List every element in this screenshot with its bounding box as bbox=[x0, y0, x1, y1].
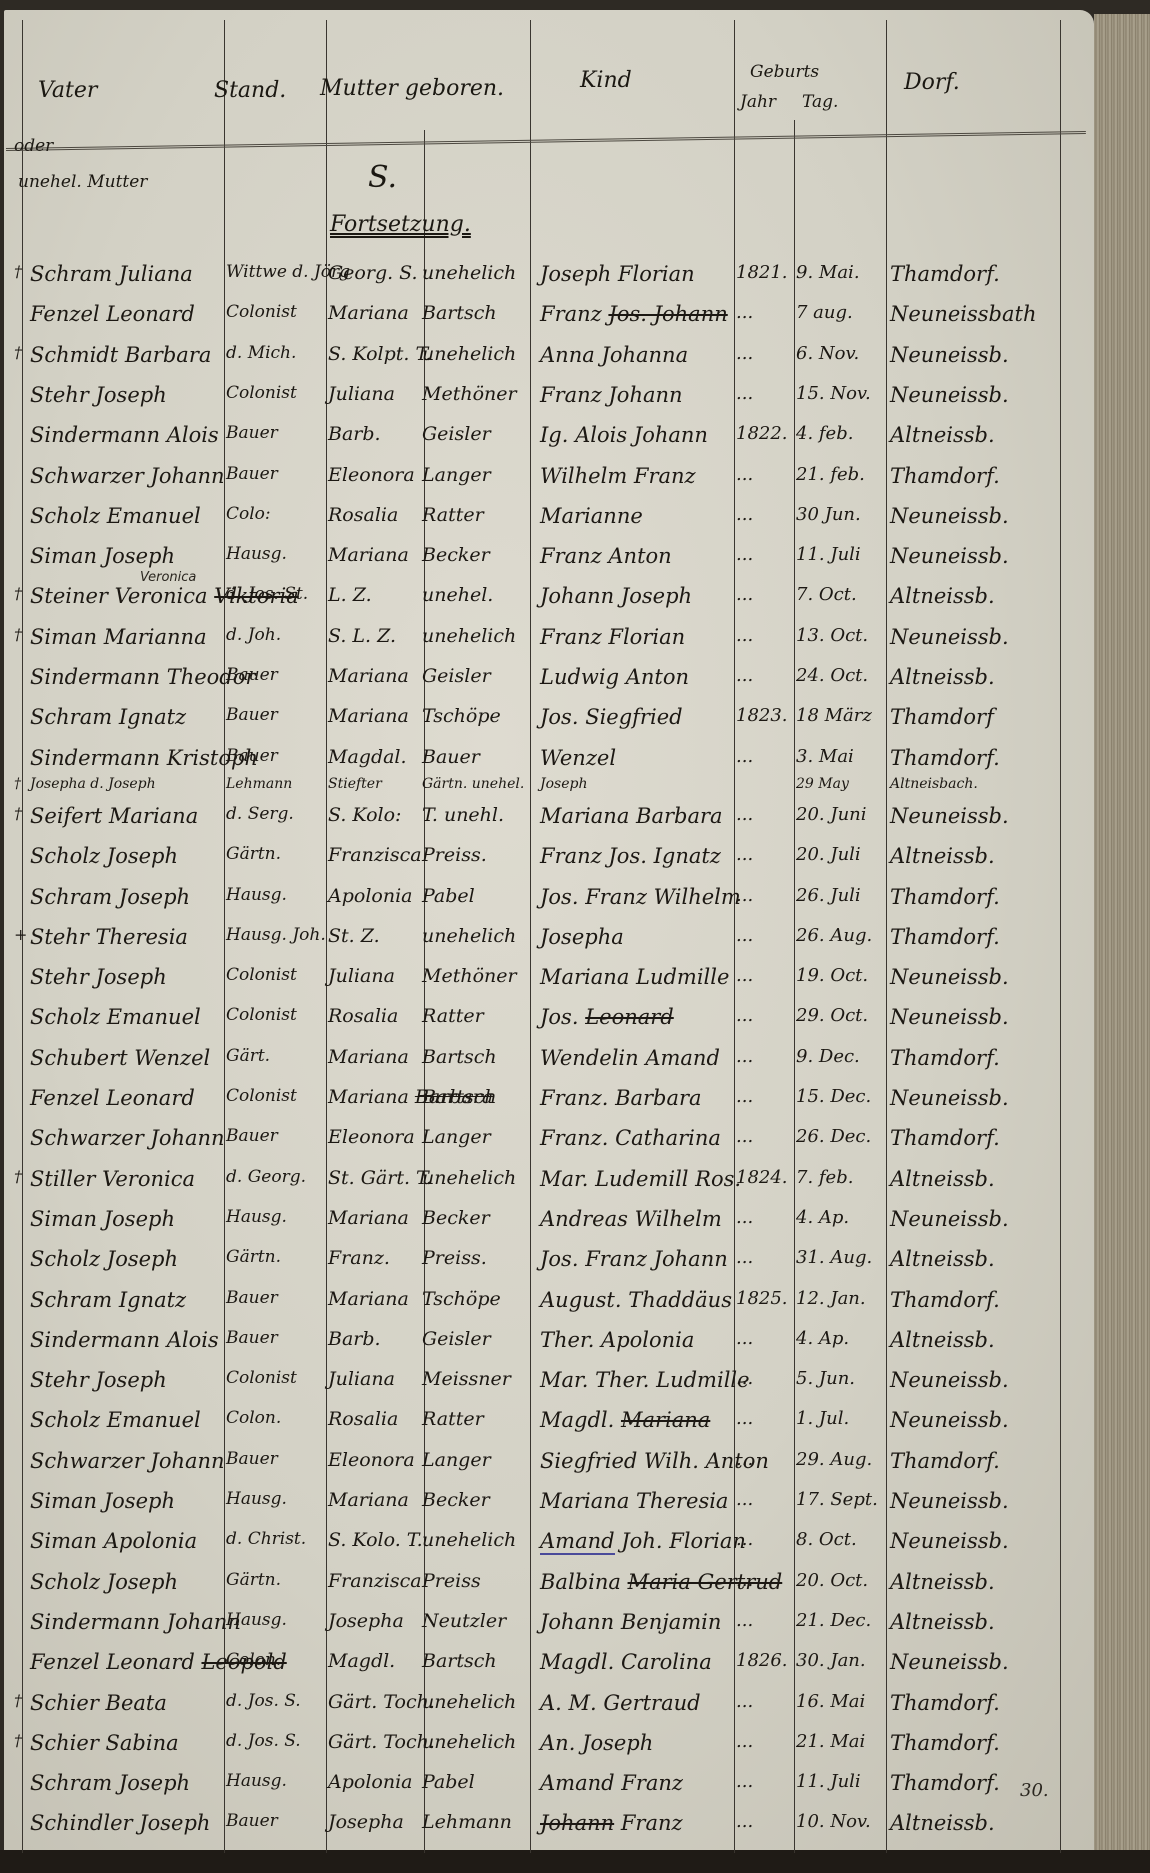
birth-day: 10. Nov. bbox=[796, 1811, 886, 1832]
header-father-alt2: unehel. Mutter bbox=[18, 172, 147, 192]
child-name: Joseph Florian bbox=[540, 262, 730, 286]
mother-maiden-name: Methöner bbox=[422, 383, 522, 405]
birth-day: 9. Dec. bbox=[796, 1046, 886, 1067]
mother-maiden-name: Ratter bbox=[422, 1005, 522, 1027]
birth-day: 20. Oct. bbox=[796, 1570, 886, 1591]
status: d. Jos. St. bbox=[226, 584, 326, 604]
mother-maiden-name: Geisler bbox=[422, 665, 522, 687]
birth-day: 3. Mai bbox=[796, 746, 886, 767]
mother-maiden-name: Becker bbox=[422, 1207, 522, 1229]
child-name: Franz Jos. Ignatz bbox=[540, 844, 730, 868]
mother-maiden-name: Ratter bbox=[422, 504, 522, 526]
village: Thamdorf. bbox=[890, 925, 1070, 949]
father-name: Stehr Joseph bbox=[30, 965, 230, 989]
mother-first-name: Gärt. Toch. bbox=[328, 1731, 428, 1753]
birth-year: ... bbox=[736, 302, 794, 323]
mother-maiden-name: unehelich bbox=[422, 343, 522, 365]
mother-first-name: Barb. bbox=[328, 1328, 428, 1350]
village: Neuneissb. bbox=[890, 1005, 1070, 1029]
register-row: †Seifert Marianad. Serg.S. Kolo:T. unehl… bbox=[0, 800, 1090, 840]
father-name: Scholz Joseph bbox=[30, 844, 230, 868]
child-name: Johann Joseph bbox=[540, 584, 730, 608]
birth-day: 24. Oct. bbox=[796, 665, 886, 686]
birth-day: 19. Oct. bbox=[796, 965, 886, 986]
register-row: Schram JosephHausg.ApoloniaPabelJos. Fra… bbox=[0, 881, 1090, 921]
village: Altneissb. bbox=[890, 665, 1070, 689]
child-name: Franz. Catharina bbox=[540, 1126, 730, 1150]
child-name: Magdl. Carolina bbox=[540, 1650, 730, 1674]
header-status: Stand. bbox=[214, 78, 286, 103]
father-name: Schwarzer Johann bbox=[30, 1449, 230, 1473]
status: Colonist bbox=[226, 302, 326, 322]
father-name: Fenzel Leonard Leopold bbox=[30, 1650, 230, 1674]
mother-first-name: Franz. bbox=[328, 1247, 428, 1269]
register-row: †Schier Sabinad. Jos. S.Gärt. Toch.unehe… bbox=[0, 1727, 1090, 1767]
father-name: Fenzel Leonard bbox=[30, 302, 230, 326]
village: Altneissb. bbox=[890, 1167, 1070, 1191]
register-row: Stehr JosephColonistJulianaMethönerFranz… bbox=[0, 379, 1090, 419]
status: Hausg. bbox=[226, 1610, 326, 1630]
mother-maiden-name: unehelich bbox=[422, 1529, 522, 1551]
status: Lehmann bbox=[226, 776, 326, 792]
birth-day: 30 Jun. bbox=[796, 504, 886, 525]
father-name: Siman Marianna bbox=[30, 625, 230, 649]
status: Hausg. bbox=[226, 544, 326, 564]
mother-first-name: Juliana bbox=[328, 965, 428, 987]
village: Altneissb. bbox=[890, 844, 1070, 868]
birth-day: 26. Juli bbox=[796, 885, 886, 906]
father-name: Scholz Joseph bbox=[30, 1247, 230, 1271]
birth-year: ... bbox=[736, 1086, 794, 1107]
birth-day: 20. Juni bbox=[796, 804, 886, 825]
register-row: Stehr JosephColonistJulianaMethönerMaria… bbox=[0, 961, 1090, 1001]
mother-first-name: S. Kolo. T. bbox=[328, 1529, 428, 1551]
village: Neuneissb. bbox=[890, 965, 1070, 989]
child-name: Amand Joh. Florian bbox=[540, 1529, 730, 1553]
status: Gärtn. bbox=[226, 1247, 326, 1267]
mother-maiden-name: Tschöpe bbox=[422, 705, 522, 727]
child-name: Franz. Barbara bbox=[540, 1086, 730, 1110]
register-row: †Schram JulianaWittwe d. JörgGeorg. S.un… bbox=[0, 258, 1090, 298]
birth-day: 21. Dec. bbox=[796, 1610, 886, 1631]
mother-first-name: Mariana bbox=[328, 302, 428, 324]
mother-maiden-name: Meissner bbox=[422, 1368, 522, 1390]
mother-first-name: Eleonora bbox=[328, 1126, 428, 1148]
status: Colo: bbox=[226, 504, 326, 524]
mother-maiden-name: T. unehl. bbox=[422, 804, 522, 826]
mother-first-name: Mariana bbox=[328, 1207, 428, 1229]
birth-year: ... bbox=[736, 746, 794, 767]
child-name: Franz Jos. Johann bbox=[540, 302, 730, 326]
status: Hausg. bbox=[226, 1771, 326, 1791]
mother-maiden-name: unehelich bbox=[422, 625, 522, 647]
father-name: Schubert Wenzel bbox=[30, 1046, 230, 1070]
mother-first-name: Juliana bbox=[328, 1368, 428, 1390]
register-row: Scholz JosephGärtn.FranziscaPreissBalbin… bbox=[0, 1566, 1090, 1606]
child-name: A. M. Gertraud bbox=[540, 1691, 730, 1715]
birth-year: ... bbox=[736, 1771, 794, 1792]
village: Thamdorf. bbox=[890, 1046, 1070, 1070]
birth-day: 31. Aug. bbox=[796, 1247, 886, 1268]
birth-year: ... bbox=[736, 1408, 794, 1429]
father-name: Josepha d. Joseph bbox=[30, 776, 230, 792]
register-row: Schram IgnatzBauerMarianaTschöpeJos. Sie… bbox=[0, 701, 1090, 741]
status: Gärt. bbox=[226, 1046, 326, 1066]
village: Neuneissb. bbox=[890, 383, 1070, 407]
status: d. Serg. bbox=[226, 804, 326, 824]
register-row: Schram IgnatzBauerMarianaTschöpeAugust. … bbox=[0, 1284, 1090, 1324]
mother-maiden-name: Bauer bbox=[422, 746, 522, 768]
register-row: †Siman Mariannad. Joh.S. L. Z.unehelichF… bbox=[0, 621, 1090, 661]
village: Neuneissb. bbox=[890, 1489, 1070, 1513]
child-name: Mariana Ludmille bbox=[540, 965, 730, 989]
header-father: Vater bbox=[38, 78, 97, 103]
child-name: Franz Johann bbox=[540, 383, 730, 407]
status: Hausg. bbox=[226, 885, 326, 905]
mother-first-name: Mariana Barbara bbox=[328, 1086, 428, 1108]
mother-maiden-name: Bartsch bbox=[422, 302, 522, 324]
birth-day: 29 May bbox=[796, 776, 886, 792]
section-title: Fortsetzung. bbox=[330, 212, 471, 237]
birth-day: 18 März bbox=[796, 705, 886, 726]
register-row: Fenzel LeonardColonistMariana BarbaraBar… bbox=[0, 1082, 1090, 1122]
child-name: Wendelin Amand bbox=[540, 1046, 730, 1070]
struck-text: Mariana bbox=[621, 1408, 710, 1432]
mother-first-name: Mariana bbox=[328, 705, 428, 727]
mother-first-name: Magdl. bbox=[328, 1650, 428, 1672]
mother-maiden-name: unehelich bbox=[422, 1691, 522, 1713]
header-village: Dorf. bbox=[904, 70, 960, 95]
birth-day: 4. Ap. bbox=[796, 1207, 886, 1228]
mother-first-name: Rosalia bbox=[328, 504, 428, 526]
child-name: Mar. Ther. Ludmille bbox=[540, 1368, 730, 1392]
birth-day: 7 aug. bbox=[796, 302, 886, 323]
birth-day: 15. Nov. bbox=[796, 383, 886, 404]
father-name: Schram Joseph bbox=[30, 1771, 230, 1795]
father-name: Sindermann Alois bbox=[30, 1328, 230, 1352]
interlinear-correction: Veronica bbox=[140, 570, 196, 585]
birth-year: ... bbox=[736, 504, 794, 525]
mother-maiden-name: Geisler bbox=[422, 1328, 522, 1350]
status: Colon. bbox=[226, 1650, 326, 1670]
register-row: Scholz JosephGärtn.FranziscaPreiss.Franz… bbox=[0, 840, 1090, 880]
child-name: Franz Anton bbox=[540, 544, 730, 568]
mother-first-name: Rosalia bbox=[328, 1408, 428, 1430]
register-row: Scholz JosephGärtn.Franz.Preiss.Jos. Fra… bbox=[0, 1243, 1090, 1283]
village: Neuneissb. bbox=[890, 1408, 1070, 1432]
birth-day: 13. Oct. bbox=[796, 625, 886, 646]
mother-maiden-name: Ratter bbox=[422, 1408, 522, 1430]
register-row: †Schmidt Barbarad. Mich.S. Kolpt. T.uneh… bbox=[0, 339, 1090, 379]
father-name: Schindler Joseph bbox=[30, 1811, 230, 1835]
birth-year: 1826. bbox=[736, 1650, 794, 1671]
mother-first-name: Barb. bbox=[328, 423, 428, 445]
status: d. Christ. bbox=[226, 1529, 326, 1549]
father-name: Schram Ignatz bbox=[30, 1288, 230, 1312]
status: Bauer bbox=[226, 1126, 326, 1146]
mother-maiden-name: Preiss. bbox=[422, 1247, 522, 1269]
mother-maiden-name: Tschöpe bbox=[422, 1288, 522, 1310]
mother-first-name: S. Kolo: bbox=[328, 804, 428, 826]
child-name: Ther. Apolonia bbox=[540, 1328, 730, 1352]
birth-day: 26. Dec. bbox=[796, 1126, 886, 1147]
birth-year: 1822. bbox=[736, 423, 794, 444]
birth-year: ... bbox=[736, 1207, 794, 1228]
birth-day: 29. Aug. bbox=[796, 1449, 886, 1470]
status: Bauer bbox=[226, 746, 326, 766]
mother-first-name: Mariana bbox=[328, 544, 428, 566]
register-row: †Steiner Veronica Viktoriad. Jos. St.L. … bbox=[0, 580, 1090, 620]
status: d. Jos. S. bbox=[226, 1691, 326, 1711]
struck-text: Jos. Johann bbox=[608, 302, 727, 326]
mother-maiden-name: Bartsch bbox=[422, 1046, 522, 1068]
birth-day: 17. Sept. bbox=[796, 1489, 886, 1510]
birth-year: ... bbox=[736, 1247, 794, 1268]
mother-maiden-name: Becker bbox=[422, 1489, 522, 1511]
village: Thamdorf. bbox=[890, 1288, 1070, 1312]
mother-first-name: S. L. Z. bbox=[328, 625, 428, 647]
underlined-text: Amand bbox=[540, 1529, 615, 1555]
birth-day: 5. Jun. bbox=[796, 1368, 886, 1389]
mother-first-name: Rosalia bbox=[328, 1005, 428, 1027]
child-name: Johann Franz bbox=[540, 1811, 730, 1835]
child-name: Joseph bbox=[540, 776, 730, 792]
birth-day: 8. Oct. bbox=[796, 1529, 886, 1550]
child-name: Siegfried Wilh. Anton bbox=[540, 1449, 730, 1473]
mother-maiden-name: Preiss bbox=[422, 1570, 522, 1592]
mother-first-name: S. Kolpt. T. bbox=[328, 343, 428, 365]
register-row: Schwarzer JohannBauerEleonoraLangerSiegf… bbox=[0, 1445, 1090, 1485]
village: Altneissb. bbox=[890, 584, 1070, 608]
child-name: Franz Florian bbox=[540, 625, 730, 649]
village: Thamdorf. bbox=[890, 885, 1070, 909]
father-name: Seifert Mariana bbox=[30, 804, 230, 828]
status: Bauer bbox=[226, 464, 326, 484]
header-birth-year: Jahr bbox=[740, 92, 776, 112]
birth-day: 21. Mai bbox=[796, 1731, 886, 1752]
village: Altneissb. bbox=[890, 1610, 1070, 1634]
birth-year: ... bbox=[736, 1529, 794, 1550]
birth-year: ... bbox=[736, 885, 794, 906]
mother-first-name: Juliana bbox=[328, 383, 428, 405]
mother-maiden-name: unehelich bbox=[422, 1167, 522, 1189]
birth-year: ... bbox=[736, 1328, 794, 1349]
child-name: Amand Franz bbox=[540, 1771, 730, 1795]
birth-day: 7. feb. bbox=[796, 1167, 886, 1188]
father-name: Schier Beata bbox=[30, 1691, 230, 1715]
child-name: Magdl. Mariana bbox=[540, 1408, 730, 1432]
mother-first-name: Mariana bbox=[328, 1288, 428, 1310]
mother-first-name: Eleonora bbox=[328, 1449, 428, 1471]
birth-day: 26. Aug. bbox=[796, 925, 886, 946]
status: d. Mich. bbox=[226, 343, 326, 363]
mother-first-name: Apolonia bbox=[328, 885, 428, 907]
child-name: Jos. Franz Wilhelm bbox=[540, 885, 730, 909]
village: Altneissb. bbox=[890, 1247, 1070, 1271]
status: d. Joh. bbox=[226, 625, 326, 645]
child-name: Jos. Leonard bbox=[540, 1005, 730, 1029]
birth-day: 16. Mai bbox=[796, 1691, 886, 1712]
birth-year: ... bbox=[736, 1610, 794, 1631]
village: Altneissb. bbox=[890, 423, 1070, 447]
child-name: Wilhelm Franz bbox=[540, 464, 730, 488]
village: Thamdorf. bbox=[890, 1449, 1070, 1473]
mother-first-name: Mariana bbox=[328, 1489, 428, 1511]
mother-maiden-name: unehel. bbox=[422, 584, 522, 606]
village: Neuneissb. bbox=[890, 544, 1070, 568]
birth-year: ... bbox=[736, 1570, 794, 1591]
register-row: Sindermann JohannHausg.JosephaNeutzlerJo… bbox=[0, 1606, 1090, 1646]
status: Bauer bbox=[226, 705, 326, 725]
status: Colonist bbox=[226, 965, 326, 985]
book-fore-edge bbox=[1094, 14, 1150, 1859]
child-name: Marianne bbox=[540, 504, 730, 528]
village: Thamdorf bbox=[890, 705, 1070, 729]
mother-first-name: St. Gärt. T. bbox=[328, 1167, 428, 1189]
father-name: Stehr Joseph bbox=[30, 1368, 230, 1392]
child-name: Johann Benjamin bbox=[540, 1610, 730, 1634]
birth-year: ... bbox=[736, 584, 794, 605]
father-name: Stehr Joseph bbox=[30, 383, 230, 407]
child-name: Mariana Barbara bbox=[540, 804, 730, 828]
village: Thamdorf. bbox=[890, 746, 1070, 770]
birth-day: 20. Juli bbox=[796, 844, 886, 865]
birth-year: ... bbox=[736, 544, 794, 565]
father-name: Schwarzer Johann bbox=[30, 1126, 230, 1150]
father-name: Siman Joseph bbox=[30, 1489, 230, 1513]
mother-maiden-name: Neutzler bbox=[422, 1610, 522, 1632]
mother-maiden-name: Langer bbox=[422, 1126, 522, 1148]
birth-day: 1. Jul. bbox=[796, 1408, 886, 1429]
mother-first-name: Josepha bbox=[328, 1811, 428, 1833]
father-name: Schmidt Barbara bbox=[30, 343, 230, 367]
birth-year: ... bbox=[736, 464, 794, 485]
child-name: Balbina Maria Gertrud bbox=[540, 1570, 730, 1594]
village: Thamdorf. bbox=[890, 1731, 1070, 1755]
register-row: Scholz EmanuelColon.RosaliaRatterMagdl. … bbox=[0, 1404, 1090, 1444]
village: Altneisbach. bbox=[890, 776, 1070, 792]
child-name: Josepha bbox=[540, 925, 730, 949]
birth-year: ... bbox=[736, 1046, 794, 1067]
birth-day: 21. feb. bbox=[796, 464, 886, 485]
birth-year: ... bbox=[736, 965, 794, 986]
birth-day: 4. Ap. bbox=[796, 1328, 886, 1349]
child-name: Mar. Ludemill Ros. bbox=[540, 1167, 730, 1191]
status: Gärtn. bbox=[226, 844, 326, 864]
status: Colonist bbox=[226, 383, 326, 403]
father-name: Schram Juliana bbox=[30, 262, 230, 286]
birth-year: 1821. bbox=[736, 262, 794, 283]
father-name: Siman Apolonia bbox=[30, 1529, 230, 1553]
mother-maiden-name: unehelich bbox=[422, 925, 522, 947]
mother-maiden-name: Lehmann bbox=[422, 1811, 522, 1833]
mother-first-name: Magdal. bbox=[328, 746, 428, 768]
birth-day: 29. Oct. bbox=[796, 1005, 886, 1026]
mother-first-name: Mariana bbox=[328, 665, 428, 687]
mother-maiden-name: Pabel bbox=[422, 885, 522, 907]
birth-year: 1825. bbox=[736, 1288, 794, 1309]
mother-maiden-name: Gärtn. unehel. bbox=[422, 776, 522, 792]
status: Colonist bbox=[226, 1005, 326, 1025]
father-name: Sindermann Kristoph bbox=[30, 746, 230, 770]
village: Thamdorf. bbox=[890, 1691, 1070, 1715]
status: Hausg. bbox=[226, 1207, 326, 1227]
mother-maiden-name: Langer bbox=[422, 1449, 522, 1471]
register-row: Fenzel Leonard LeopoldColon.Magdl.Bartsc… bbox=[0, 1646, 1090, 1686]
birth-year: ... bbox=[736, 925, 794, 946]
birth-day: 7. Oct. bbox=[796, 584, 886, 605]
register-row: Schwarzer JohannBauerEleonoraLangerWilhe… bbox=[0, 460, 1090, 500]
status: d. Georg. bbox=[226, 1167, 326, 1187]
register-row: †Stiller Veronicad. Georg.St. Gärt. T.un… bbox=[0, 1163, 1090, 1203]
mother-first-name: Eleonora bbox=[328, 464, 428, 486]
header-birth-day: Tag. bbox=[802, 92, 838, 112]
birth-year: ... bbox=[736, 1126, 794, 1147]
father-name: Sindermann Alois bbox=[30, 423, 230, 447]
mother-first-name: Gärt. Toch. bbox=[328, 1691, 428, 1713]
status: Wittwe d. Jörg bbox=[226, 262, 326, 282]
birth-year: ... bbox=[736, 383, 794, 404]
register-row: Scholz EmanuelColonistRosaliaRatterJos. … bbox=[0, 1001, 1090, 1041]
village: Altneissb. bbox=[890, 1811, 1070, 1835]
mother-maiden-name: Geisler bbox=[422, 423, 522, 445]
birth-year: ... bbox=[736, 343, 794, 364]
village: Altneissb. bbox=[890, 1570, 1070, 1594]
father-name: Siman Joseph bbox=[30, 544, 230, 568]
father-name: Scholz Emanuel bbox=[30, 504, 230, 528]
status: Hausg. Joh. bbox=[226, 925, 326, 945]
birth-day: 9. Mai. bbox=[796, 262, 886, 283]
register-row: Schindler JosephBauerJosephaLehmannJohan… bbox=[0, 1807, 1090, 1847]
birth-day: 11. Juli bbox=[796, 1771, 886, 1792]
struck-text: Leonard bbox=[585, 1005, 674, 1029]
father-name: Steiner Veronica Viktoria bbox=[30, 584, 230, 608]
village: Neuneissb. bbox=[890, 343, 1070, 367]
status: Colonist bbox=[226, 1086, 326, 1106]
register-row: Schwarzer JohannBauerEleonoraLangerFranz… bbox=[0, 1122, 1090, 1162]
father-name: Scholz Emanuel bbox=[30, 1408, 230, 1432]
register-row: Siman JosephHausg.MarianaBeckerMariana T… bbox=[0, 1485, 1090, 1525]
header-birth: Geburts bbox=[750, 62, 819, 82]
village: Altneissb. bbox=[890, 1328, 1070, 1352]
child-name: August. Thaddäus bbox=[540, 1288, 730, 1312]
page-number: 30. bbox=[1020, 1780, 1049, 1801]
status: Gärtn. bbox=[226, 1570, 326, 1590]
register-row: Schubert WenzelGärt.MarianaBartschWendel… bbox=[0, 1042, 1090, 1082]
father-name: Sindermann Johann bbox=[30, 1610, 230, 1634]
birth-year: ... bbox=[736, 1731, 794, 1752]
mother-maiden-name: Becker bbox=[422, 544, 522, 566]
mother-maiden-name: unehelich bbox=[422, 262, 522, 284]
birth-year: ... bbox=[736, 1691, 794, 1712]
father-name: Scholz Emanuel bbox=[30, 1005, 230, 1029]
father-name: Schram Joseph bbox=[30, 885, 230, 909]
register-row: Sindermann AloisBauerBarb.GeislerTher. A… bbox=[0, 1324, 1090, 1364]
register-row: Siman JosephHausg.MarianaBeckerAndreas W… bbox=[0, 1203, 1090, 1243]
mother-first-name: Apolonia bbox=[328, 1771, 428, 1793]
village: Thamdorf. bbox=[890, 262, 1070, 286]
village: Thamdorf. bbox=[890, 1126, 1070, 1150]
birth-day: 15. Dec. bbox=[796, 1086, 886, 1107]
village: Neuneissb. bbox=[890, 804, 1070, 828]
status: Bauer bbox=[226, 1449, 326, 1469]
status: Colonist bbox=[226, 1368, 326, 1388]
status: Bauer bbox=[226, 665, 326, 685]
village: Neuneissb. bbox=[890, 1368, 1070, 1392]
status: Hausg. bbox=[226, 1489, 326, 1509]
father-name: Schram Ignatz bbox=[30, 705, 230, 729]
register-row: Stehr JosephColonistJulianaMeissnerMar. … bbox=[0, 1364, 1090, 1404]
